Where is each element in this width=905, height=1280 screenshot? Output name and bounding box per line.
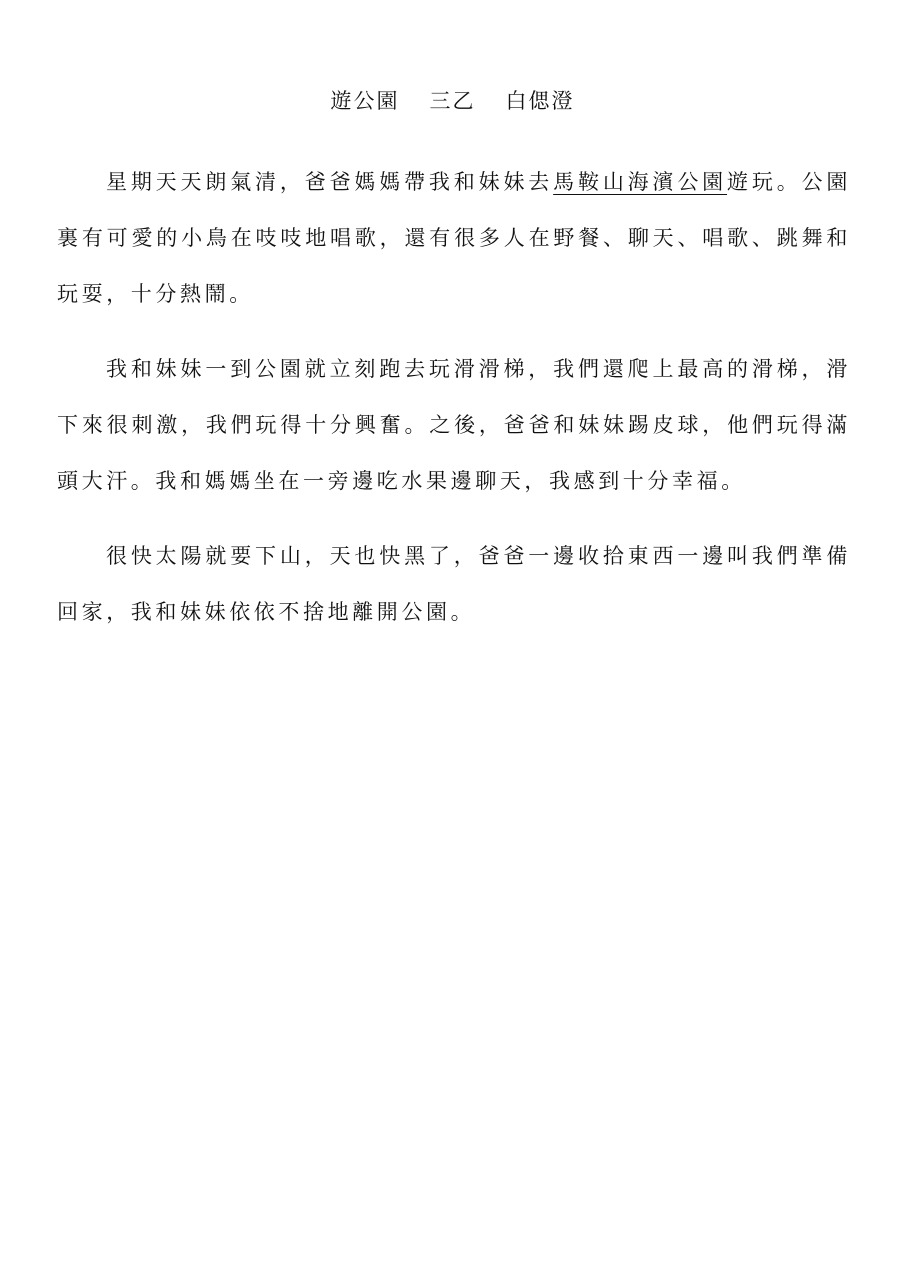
paragraph-3: 很快太陽就要下山，天也快黑了，爸爸一邊收拾東西一邊叫我們準備回家，我和妹妹依依不… — [57, 528, 851, 640]
title-topic: 遊公園 — [331, 86, 400, 116]
essay-body: 星期天天朗氣清，爸爸媽媽帶我和妹妹去馬鞍山海濱公園遊玩。公園裏有可愛的小鳥在吱吱… — [57, 154, 851, 659]
paragraph-1-text-start: 星期天天朗氣清，爸爸媽媽帶我和妹妹去 — [106, 170, 553, 194]
paragraph-2: 我和妹妹一到公園就立刻跑去玩滑滑梯，我們還爬上最高的滑梯，滑下來很刺激，我們玩得… — [57, 341, 851, 509]
title-class: 三乙 — [430, 86, 476, 116]
document-title: 遊公園三乙白偲澄 — [0, 86, 905, 116]
title-author: 白偲澄 — [506, 86, 575, 116]
paragraph-1: 星期天天朗氣清，爸爸媽媽帶我和妹妹去馬鞍山海濱公園遊玩。公園裏有可愛的小鳥在吱吱… — [57, 154, 851, 322]
underlined-place-name: 馬鞍山海濱公園 — [553, 170, 727, 194]
document-page: 遊公園三乙白偲澄 星期天天朗氣清，爸爸媽媽帶我和妹妹去馬鞍山海濱公園遊玩。公園裏… — [0, 0, 905, 1280]
